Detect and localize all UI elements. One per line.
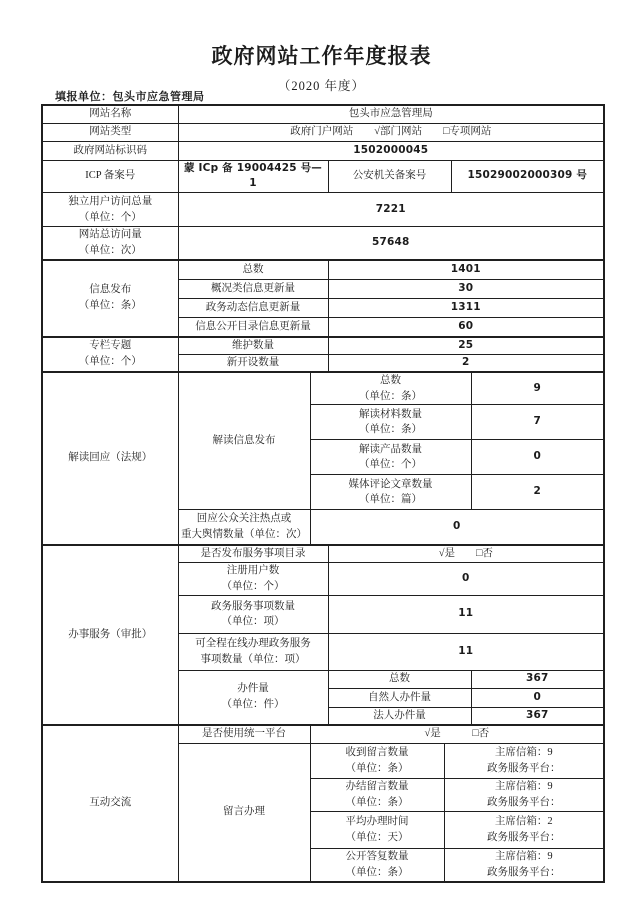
media-commentary-value: 2 [471,475,604,510]
gov-news-update-value: 1311 [328,299,604,318]
unique-visitors-value: 7221 [178,193,604,227]
table-row: 政府网站标识码1502000045 [42,141,604,160]
site-type-options: 政府门户网站 √部门网站 □专项网站 [178,123,604,141]
report-page: 政府网站工作年度报表 （2020 年度） 填报单位：包头市应急管理局 网站名称包… [0,0,643,910]
public-response-value: 0 [310,510,604,545]
messages-completed-label: 办结留言数量 （单位：条） [310,779,444,812]
site-name-label: 网站名称 [42,105,178,123]
registered-users-value: 0 [328,563,604,596]
security-filing-value: 15029002000309 号 [451,160,604,193]
online-service-items-label: 可全程在线办理政务服务 事项数量（单位：项） [178,633,328,670]
table-row: 专栏专题 （单位：个）维护数量25 [42,337,604,355]
disclosure-catalog-update-label: 信息公开目录信息更新量 [178,318,328,337]
info-publish-section-label: 信息发布 （单位：条） [42,260,178,337]
public-replies-value: 主席信箱：9 政务服务平台： [444,849,604,882]
legal-person-cases-value: 367 [471,707,604,724]
online-service-items-value: 11 [328,633,604,670]
service-items-label: 政务服务事项数量 （单位：项） [178,595,328,633]
interpretation-product-value: 0 [471,440,604,475]
page-title: 政府网站工作年度报表 [0,40,643,70]
interaction-section-label: 互动交流 [42,725,178,882]
total-visits-label: 网站总访问量 （单位：次） [42,227,178,260]
natural-person-cases-label: 自然人办件量 [328,688,471,707]
maintained-count-label: 维护数量 [178,337,328,355]
site-id-value: 1502000045 [178,141,604,160]
overview-update-label: 概况类信息更新量 [178,280,328,299]
table-row: 解读回应（法规）解读信息发布总数 （单位：条）9 [42,372,604,405]
site-type-label: 网站类型 [42,123,178,141]
interpretation-product-label: 解读产品数量 （单位：个） [310,440,471,475]
service-items-value: 11 [328,595,604,633]
info-total-label: 总数 [178,260,328,280]
messages-received-value: 主席信箱：9 政务服务平台： [444,744,604,779]
unified-platform-value: √是 □否 [310,725,604,744]
site-name-value: 包头市应急管理局 [178,105,604,123]
special-column-section-label: 专栏专题 （单位：个） [42,337,178,372]
public-replies-label: 公开答复数量 （单位：条） [310,849,444,882]
filing-unit-label: 填报单位：包头市应急管理局 [55,88,205,104]
case-volume-label: 办件量 （单位：件） [178,670,328,724]
newly-opened-count-label: 新开设数量 [178,355,328,372]
table-row: 网站名称包头市应急管理局 [42,105,604,123]
newly-opened-count-value: 2 [328,355,604,372]
table-row: 网站总访问量 （单位：次）57648 [42,227,604,260]
interpretation-material-value: 7 [471,405,604,440]
interpretation-section-label: 解读回应（法规） [42,372,178,545]
service-catalog-published-value: √是 □否 [328,545,604,563]
table-row: 网站类型政府门户网站 √部门网站 □专项网站 [42,123,604,141]
security-filing-label: 公安机关备案号 [328,160,451,193]
table-row: 独立用户访问总量 （单位：个）7221 [42,193,604,227]
media-commentary-label: 媒体评论文章数量 （单位：篇） [310,475,471,510]
public-response-label: 回应公众关注热点或 重大舆情数量（单位：次） [178,510,310,545]
table-row: ICP 备案号蒙 ICp 备 19004425 号—1公安机关备案号150290… [42,160,604,193]
registered-users-label: 注册用户数 （单位：个） [178,563,328,596]
interpretation-publish-label: 解读信息发布 [178,372,310,510]
table-row: 互动交流是否使用统一平台√是 □否 [42,725,604,744]
natural-person-cases-value: 0 [471,688,604,707]
gov-news-update-label: 政务动态信息更新量 [178,299,328,318]
icp-label: ICP 备案号 [42,160,178,193]
legal-person-cases-label: 法人办件量 [328,707,471,724]
table-row: 信息发布 （单位：条）总数1401 [42,260,604,280]
messages-received-label: 收到留言数量 （单位：条） [310,744,444,779]
service-catalog-published-label: 是否发布服务事项目录 [178,545,328,563]
avg-handling-time-value: 主席信箱：2 政务服务平台： [444,812,604,849]
interpretation-total-label: 总数 （单位：条） [310,372,471,405]
interpretation-material-label: 解读材料数量 （单位：条） [310,405,471,440]
interpretation-total-value: 9 [471,372,604,405]
overview-update-value: 30 [328,280,604,299]
maintained-count-value: 25 [328,337,604,355]
table-row: 办事服务（审批）是否发布服务事项目录√是 □否 [42,545,604,563]
unique-visitors-label: 独立用户访问总量 （单位：个） [42,193,178,227]
info-total-value: 1401 [328,260,604,280]
case-total-value: 367 [471,670,604,688]
annual-report-table: 网站名称包头市应急管理局网站类型政府门户网站 √部门网站 □专项网站政府网站标识… [41,104,605,883]
case-total-label: 总数 [328,670,471,688]
report-table-body: 网站名称包头市应急管理局网站类型政府门户网站 √部门网站 □专项网站政府网站标识… [42,105,604,882]
unified-platform-label: 是否使用统一平台 [178,725,310,744]
disclosure-catalog-update-value: 60 [328,318,604,337]
total-visits-value: 57648 [178,227,604,260]
icp-value: 蒙 ICp 备 19004425 号—1 [178,160,328,193]
messages-completed-value: 主席信箱：9 政务服务平台： [444,779,604,812]
site-id-label: 政府网站标识码 [42,141,178,160]
message-handling-label: 留言办理 [178,744,310,882]
avg-handling-time-label: 平均办理时间 （单位：天） [310,812,444,849]
service-section-label: 办事服务（审批） [42,545,178,725]
